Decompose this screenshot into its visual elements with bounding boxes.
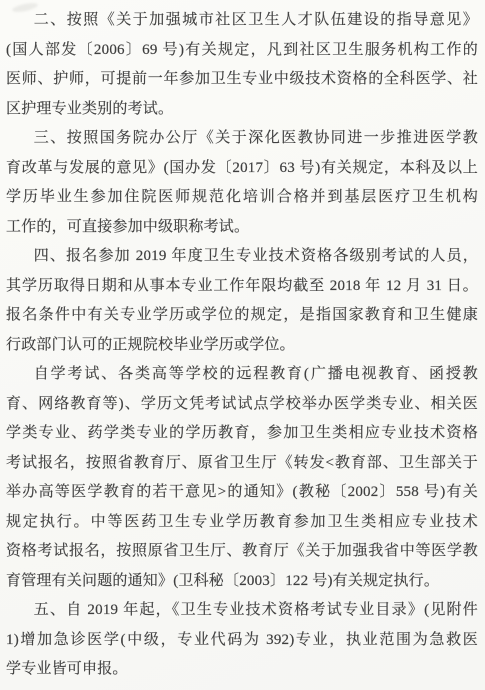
paragraph: 五、自 2019 年起，《卫生专业技术资格考试专业目录》(见附件 1)增加急诊医… (6, 596, 478, 685)
text-line: 其学历取得日期和从事本专业工作年限均截至 2018 年 12 月 31 日。 (6, 272, 478, 302)
text-line: 自学考试、各类高等学校的远程教育(广播电视教育、函授教 (6, 360, 478, 390)
text-line: 报名条件中有关专业学历或学位的规定，是指国家教育和卫生健康 (6, 301, 478, 331)
document-page: 二、按照《关于加强城市社区卫生人才队伍建设的指导意见》 (国人部发〔2006〕6… (0, 0, 485, 690)
text-line: 四、报名参加 2019 年度卫生专业技术资格各级别考试的人员， (6, 242, 478, 272)
text-line: 区护理专业类别的考试。 (6, 95, 478, 125)
text-line: 学专业皆可申报。 (6, 655, 478, 685)
paragraph: 二、按照《关于加强城市社区卫生人才队伍建设的指导意见》 (国人部发〔2006〕6… (6, 6, 478, 124)
text-line: 工作的，可直接参加中级职称考试。 (6, 213, 478, 243)
text-line: 1)增加急诊医学(中级，专业代码为 392)专业，执业范围为急救医 (6, 626, 478, 656)
text-line: 学类专业、药学类专业的学历教育，参加卫生类相应专业技术资格 (6, 419, 478, 449)
text-line: 育、网络教育等)、学历文凭考试试点学校举办医学类专业、相关医 (6, 390, 478, 420)
text-line: 育管理有关问题的通知》(卫科秘〔2003〕122 号)有关规定执行。 (6, 567, 478, 597)
text-line: 考试报名，按照省教育厅、原省卫生厅《转发<教育部、卫生部关于 (6, 449, 478, 479)
text-line: 资格考试报名，按照原省卫生厅、教育厅《关于加强我省中等医学教 (6, 537, 478, 567)
text-line: (国人部发〔2006〕69 号)有关规定，凡到社区卫生服务机构工作的 (6, 36, 478, 66)
text-line: 二、按照《关于加强城市社区卫生人才队伍建设的指导意见》 (6, 6, 478, 36)
text-line: 行政部门认可的正规院校毕业学历或学位。 (6, 331, 478, 361)
text-line: 医师、护师，可提前一年参加卫生专业中级技术资格的全科医学、社 (6, 65, 478, 95)
paragraph: 三、按照国务院办公厅《关于深化医教协同进一步推进医学教 育改革与发展的意见》(国… (6, 124, 478, 242)
paragraph: 自学考试、各类高等学校的远程教育(广播电视教育、函授教 育、网络教育等)、学历文… (6, 360, 478, 596)
text-line: 三、按照国务院办公厅《关于深化医教协同进一步推进医学教 (6, 124, 478, 154)
paragraph: 四、报名参加 2019 年度卫生专业技术资格各级别考试的人员， 其学历取得日期和… (6, 242, 478, 360)
text-line: 育改革与发展的意见》(国办发〔2017〕63 号)有关规定，本科及以上 (6, 154, 478, 184)
text-line: 五、自 2019 年起，《卫生专业技术资格考试专业目录》(见附件 (6, 596, 478, 626)
text-line: 学历毕业生参加住院医师规范化培训合格并到基层医疗卫生机构 (6, 183, 478, 213)
text-line: 举办高等医学教育的若干意见>的通知》(教秘〔2002〕558 号)有关 (6, 478, 478, 508)
text-line: 规定执行。中等医药卫生专业学历教育参加卫生类相应专业技术 (6, 508, 478, 538)
